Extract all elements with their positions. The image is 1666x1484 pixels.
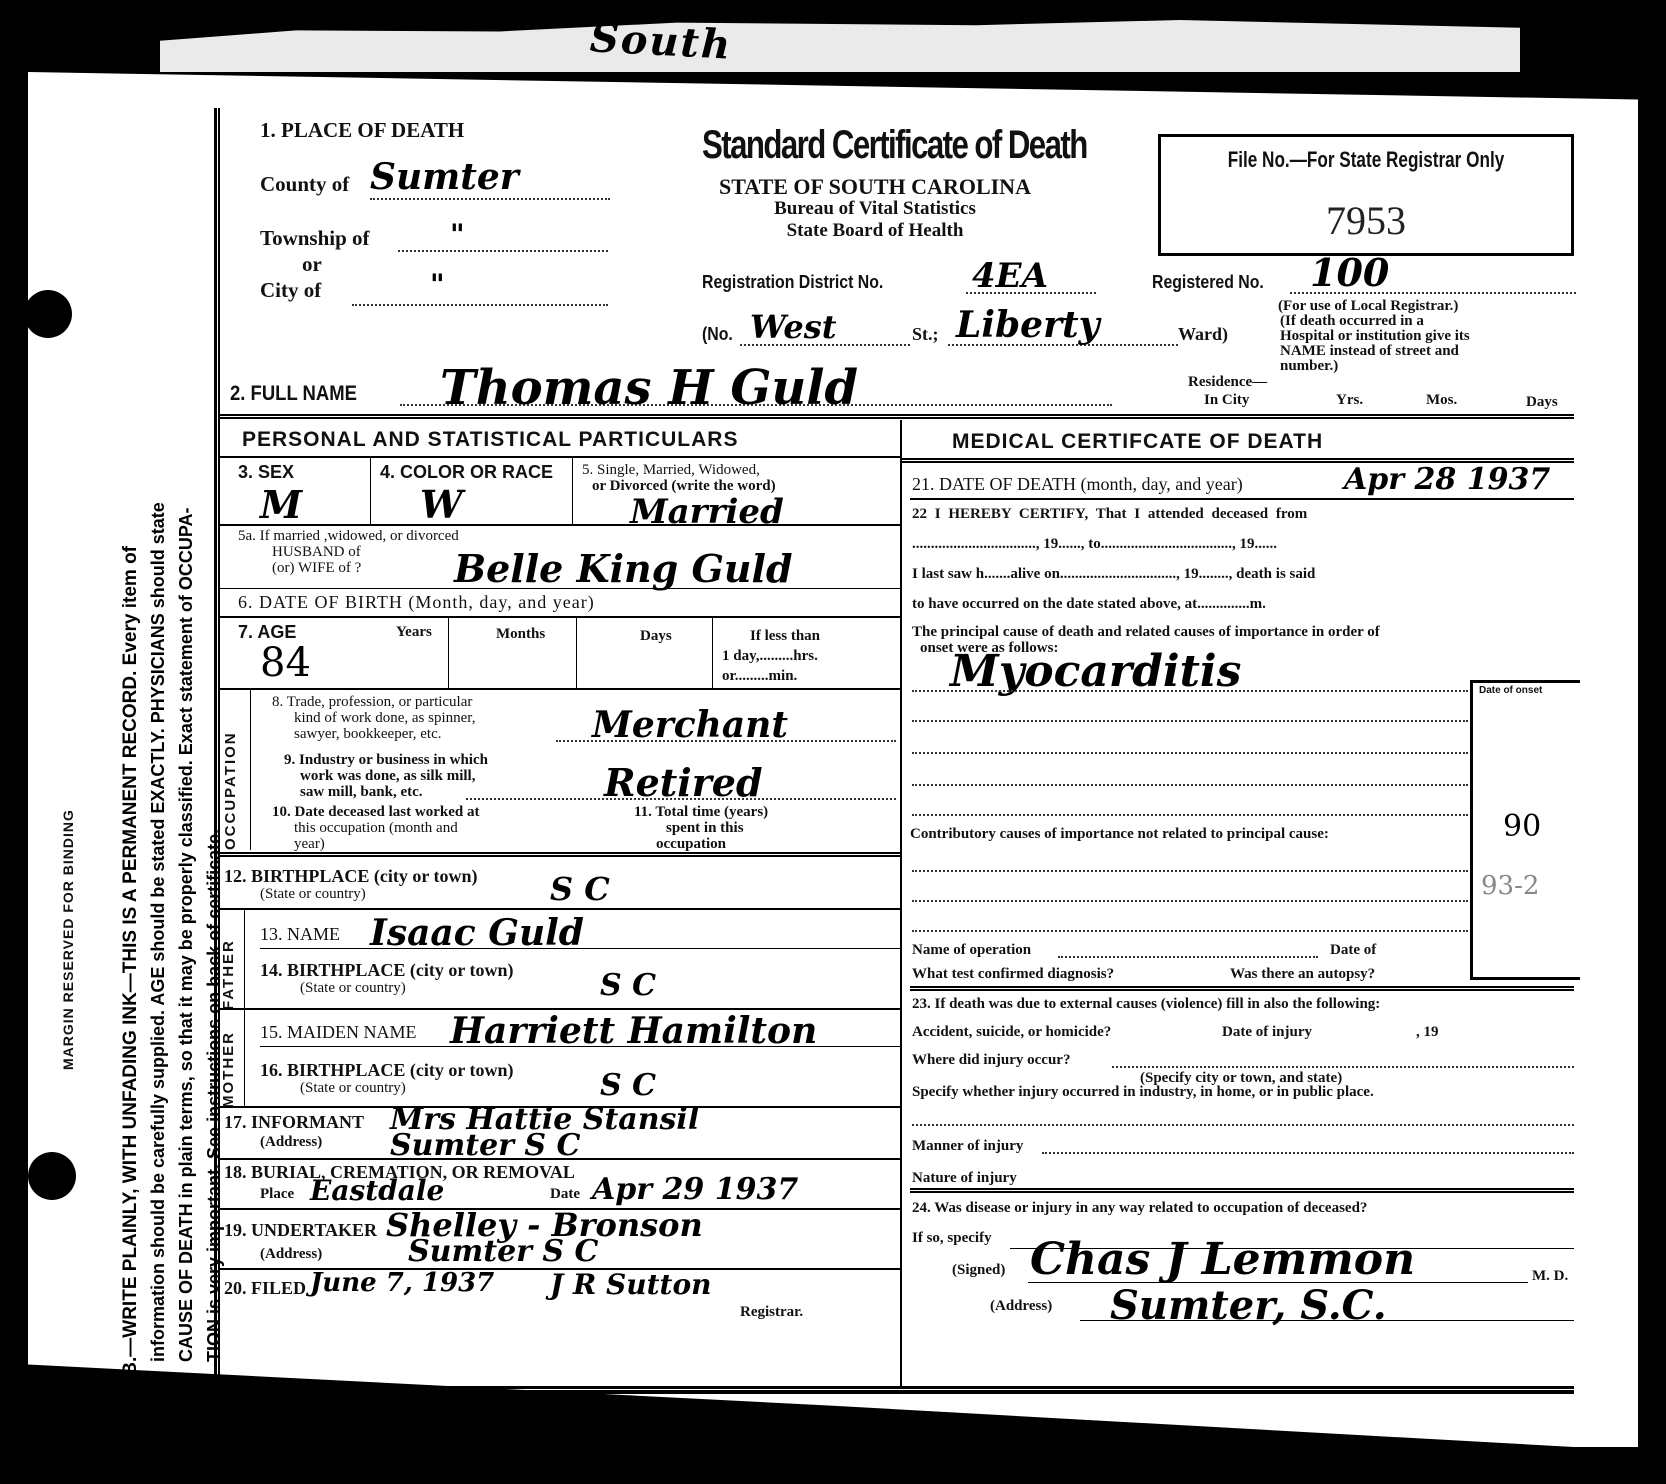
column-divider [900,420,902,1386]
manner-label: Manner of injury [912,1138,1023,1155]
street-no-label: (No. [702,324,733,345]
dob-label: 6. DATE OF BIRTH (Month, day, and year) [238,592,595,613]
onset-value-2[interactable]: 93-2 [1481,871,1539,901]
medical-heading: MEDICAL CERTIFCATE OF DEATH [952,430,1323,454]
contrib-line-3 [912,930,1468,932]
county-value[interactable]: Sumter [370,156,519,198]
street-value[interactable]: Liberty [956,304,1100,346]
full-name-label: 2. FULL NAME [230,382,357,406]
operation-line [1058,956,1318,958]
age-years-label: Years [396,624,432,641]
dod-rule [910,498,1574,500]
totaltime-label-3: occupation [656,836,726,853]
full-name-value[interactable]: Thomas H Guld [440,360,858,416]
injury-year-label: , 19 [1416,1024,1439,1041]
days-divider [712,618,713,688]
onset-value-1[interactable]: 90 [1503,809,1541,844]
burial-date-label: Date [550,1186,580,1203]
years-divider [448,618,449,688]
external-causes-label: 23. If death was due to external causes … [912,996,1380,1013]
test-label: What test confirmed diagnosis? [912,966,1114,983]
less-than-label-1: If less than [750,628,820,645]
md-label: M. D. [1532,1268,1568,1285]
margin-line-1: N. B.—WRITE PLAINLY, WITH UNFADING INK—T… [120,546,142,1400]
mother-side-divider [244,1010,245,1106]
margin-binding-note: MARGIN RESERVED FOR BINDING [60,809,76,1070]
specify-place-label: Specify whether injury occurred in indus… [912,1084,1374,1101]
father-name-label: 13. NAME [260,924,340,945]
occupation-rule [220,852,900,857]
cause-line-2 [912,720,1468,722]
street-no-value[interactable]: West [750,308,836,346]
mother-side-label: MOTHER [220,1031,237,1108]
age-months-label: Months [496,626,545,643]
industry-label-1: 9. Industry or business in which [284,752,488,769]
place-of-death-heading: 1. PLACE OF DEATH [260,118,464,143]
city-label: City of [260,278,321,303]
dob-rule [220,616,900,618]
mother-bp-label-1: 16. BIRTHPLACE (city or town) [260,1060,514,1081]
totaltime-label-2: spent in this [666,820,744,837]
margin-instructions: MARGIN RESERVED FOR BINDING N. B.—WRITE … [56,70,206,1400]
mother-name-label: 15. MAIDEN NAME [260,1022,417,1043]
where-line [1112,1066,1574,1068]
residence-label: Residence— [1188,374,1267,391]
filed-value[interactable]: June 7, 1937 [310,1268,494,1298]
township-label: Township of [260,226,370,251]
spouse-label-2: HUSBAND of [272,544,361,561]
accident-label: Accident, suicide, or homicide? [912,1024,1111,1041]
personal-heading: PERSONAL AND STATISTICAL PARTICULARS [242,428,738,452]
file-number-value[interactable]: 7953 [1161,197,1571,244]
onset-header: Date of onset [1479,685,1542,696]
registrar-signature[interactable]: J R Sutton [550,1268,712,1301]
form-left-border [214,108,220,1393]
birthplace-rule [220,908,900,910]
residence-days-label: Days [1526,394,1558,411]
burial-place-value[interactable]: Eastdale [310,1174,444,1207]
bureau-name: Bureau of Vital Statistics [700,198,1050,220]
township-value[interactable]: " [450,218,465,251]
father-side-divider [244,910,245,1010]
spouse-label-1: 5a. If married ,widowed, or divorced [238,528,459,545]
ward-label: Ward) [1178,324,1228,345]
county-line [370,198,610,200]
informant-rule [220,1158,900,1160]
form-bottom-border [214,1386,1574,1394]
from-to-line: ................................., 19...… [912,536,1277,553]
name-section-divider [220,414,1574,419]
father-bp-label-2: (State or country) [300,980,406,997]
birthplace-label-2: (State or country) [260,886,366,903]
nature-label: Nature of injury [912,1170,1017,1187]
less-than-label-3: or.........min. [722,668,797,685]
residence-mos-label: Mos. [1426,392,1457,409]
township-line [398,250,608,252]
trade-value[interactable]: Merchant [592,704,788,746]
birthplace-value[interactable]: S C [550,870,610,908]
cause-line-3 [912,752,1468,754]
totaltime-label-1: 11. Total time (years) [634,804,768,821]
dod-label: 21. DATE OF DEATH (month, day, and year) [912,474,1243,495]
last-saw-line: I last saw h.......alive on.............… [912,566,1315,583]
contrib-line-1 [912,870,1468,872]
physician-address-value[interactable]: Sumter, S.C. [1110,1282,1387,1329]
burial-place-label: Place [260,1186,294,1203]
margin-line-2: information should be carefully supplied… [148,502,169,1362]
cause-line-5 [912,814,1468,816]
undertaker-address-label: (Address) [260,1246,322,1263]
manner-line [1042,1152,1574,1154]
father-bp-value[interactable]: S C [600,968,656,1003]
contrib-line-2 [912,900,1468,902]
registration-district-label: Registration District No. [702,272,883,293]
where-injury-label: Where did injury occur? [912,1052,1070,1069]
county-label: County of [260,172,349,197]
index-tab-handwriting: South [589,14,733,68]
birthplace-label-1: 12. BIRTHPLACE (city or town) [224,866,478,887]
diagnosis-rule [910,986,1574,991]
race-label: 4. COLOR OR RACE [380,462,553,483]
father-bp-label-1: 14. BIRTHPLACE (city or town) [260,960,514,981]
lastworked-label-3: year) [294,836,325,853]
marital-rule [220,524,900,526]
street-label: St.; [912,324,939,345]
spouse-rule [220,588,900,589]
operation-date-label: Date of [1330,942,1376,959]
death-certificate-form: 1. PLACE OF DEATH County of Sumter Towns… [220,108,1580,1393]
age-years-value[interactable]: 84 [260,640,311,686]
registered-no-label: Registered No. [1152,272,1264,293]
trade-label-3: sawyer, bookkeeper, etc. [294,726,441,743]
address-line [1080,1320,1574,1321]
undertaker-address-value[interactable]: Sumter S C [408,1234,598,1269]
city-value[interactable]: " [430,268,445,301]
hospital-note: (If death occurred in a Hospital or inst… [1280,314,1476,374]
occurred-line: to have occurred on the date stated abov… [912,596,1266,613]
informant-label: 17. INFORMANT [224,1112,364,1133]
occupation-side-label: OCCUPATION [222,731,239,850]
filed-label: 20. FILED [224,1278,306,1299]
contributory-label: Contributory causes of importance not re… [910,826,1329,843]
mother-bp-label-2: (State or country) [300,1080,406,1097]
spouse-label-3: (or) WIFE of ? [272,560,361,577]
industry-label-2: work was done, as silk mill, [300,768,475,785]
sex-divider [370,458,371,524]
autopsy-label: Was there an autopsy? [1230,966,1375,983]
informant-address-label: (Address) [260,1134,322,1151]
occupation-side-divider [250,690,251,850]
if-so-label: If so, specify [912,1230,992,1247]
father-side-label: FATHER [220,939,237,1010]
industry-label-3: saw mill, bank, etc. [300,784,423,801]
dod-value[interactable]: Apr 28 1937 [1344,462,1550,497]
in-city-label: In City [1204,392,1249,409]
lastworked-label-2: this occupation (month and [294,820,458,837]
operation-label: Name of operation [912,942,1031,959]
board-name: State Board of Health [700,220,1050,242]
marital-value[interactable]: Married [630,492,784,532]
race-divider [572,458,573,524]
mother-name-rule [260,1046,900,1047]
certify-line: 22 I HEREBY CERTIFY, That I attended dec… [912,506,1307,523]
less-than-label-2: 1 day,.........hrs. [722,648,818,665]
file-number-label: File No.—For State Registrar Only [1206,147,1526,173]
undertaker-label: 19. UNDERTAKER [224,1220,377,1241]
or-label: or [302,252,322,277]
lastworked-label-1: 10. Date deceased last worked at [272,804,479,821]
spouse-value[interactable]: Belle King Guld [454,546,793,591]
city-line [352,304,608,306]
registrar-label: Registrar. [740,1304,803,1321]
marital-label-1: 5. Single, Married, Widowed, [582,462,760,479]
mother-bp-value[interactable]: S C [600,1068,656,1103]
father-name-rule [260,948,900,949]
physician-signature[interactable]: Chas J Lemmon [1030,1234,1415,1285]
physician-address-label: (Address) [990,1298,1052,1315]
residence-yrs-label: Yrs. [1336,392,1363,409]
age-days-label: Days [640,628,672,645]
sex-label: 3. SEX [238,462,294,483]
cause-label-1: The principal cause of death and related… [912,624,1380,641]
registration-district-value[interactable]: 4EA [972,256,1048,296]
trade-label-1: 8. Trade, profession, or particular [272,694,472,711]
personal-heading-rule [220,456,900,458]
margin-line-3: CAUSE OF DEATH in plain terms, so that i… [176,507,197,1362]
industry-value[interactable]: Retired [604,760,763,805]
signed-label: (Signed) [952,1262,1005,1279]
injury-date-label: Date of injury [1222,1024,1312,1041]
file-number-box: File No.—For State Registrar Only 7953 [1158,134,1574,256]
age-rule [220,688,900,690]
cause-line-1 [912,690,1468,692]
injury-rule [910,1188,1574,1193]
registered-no-value[interactable]: 100 [1310,250,1389,295]
date-of-onset-box: Date of onset 90 93-2 [1470,680,1580,980]
certificate-title: Standard Certificate of Death [702,123,1087,168]
specify-place-line [912,1124,1574,1126]
trade-label-2: kind of work done, as spinner, [294,710,475,727]
sex-value[interactable]: M [260,482,302,527]
burial-date-value[interactable]: Apr 29 1937 [592,1172,798,1207]
race-value[interactable]: W [420,482,463,527]
state-name: STATE OF SOUTH CAROLINA [700,174,1050,200]
cause-line-4 [912,784,1468,786]
occupation-related-label: 24. Was disease or injury in any way rel… [912,1200,1367,1217]
months-divider [576,618,577,688]
